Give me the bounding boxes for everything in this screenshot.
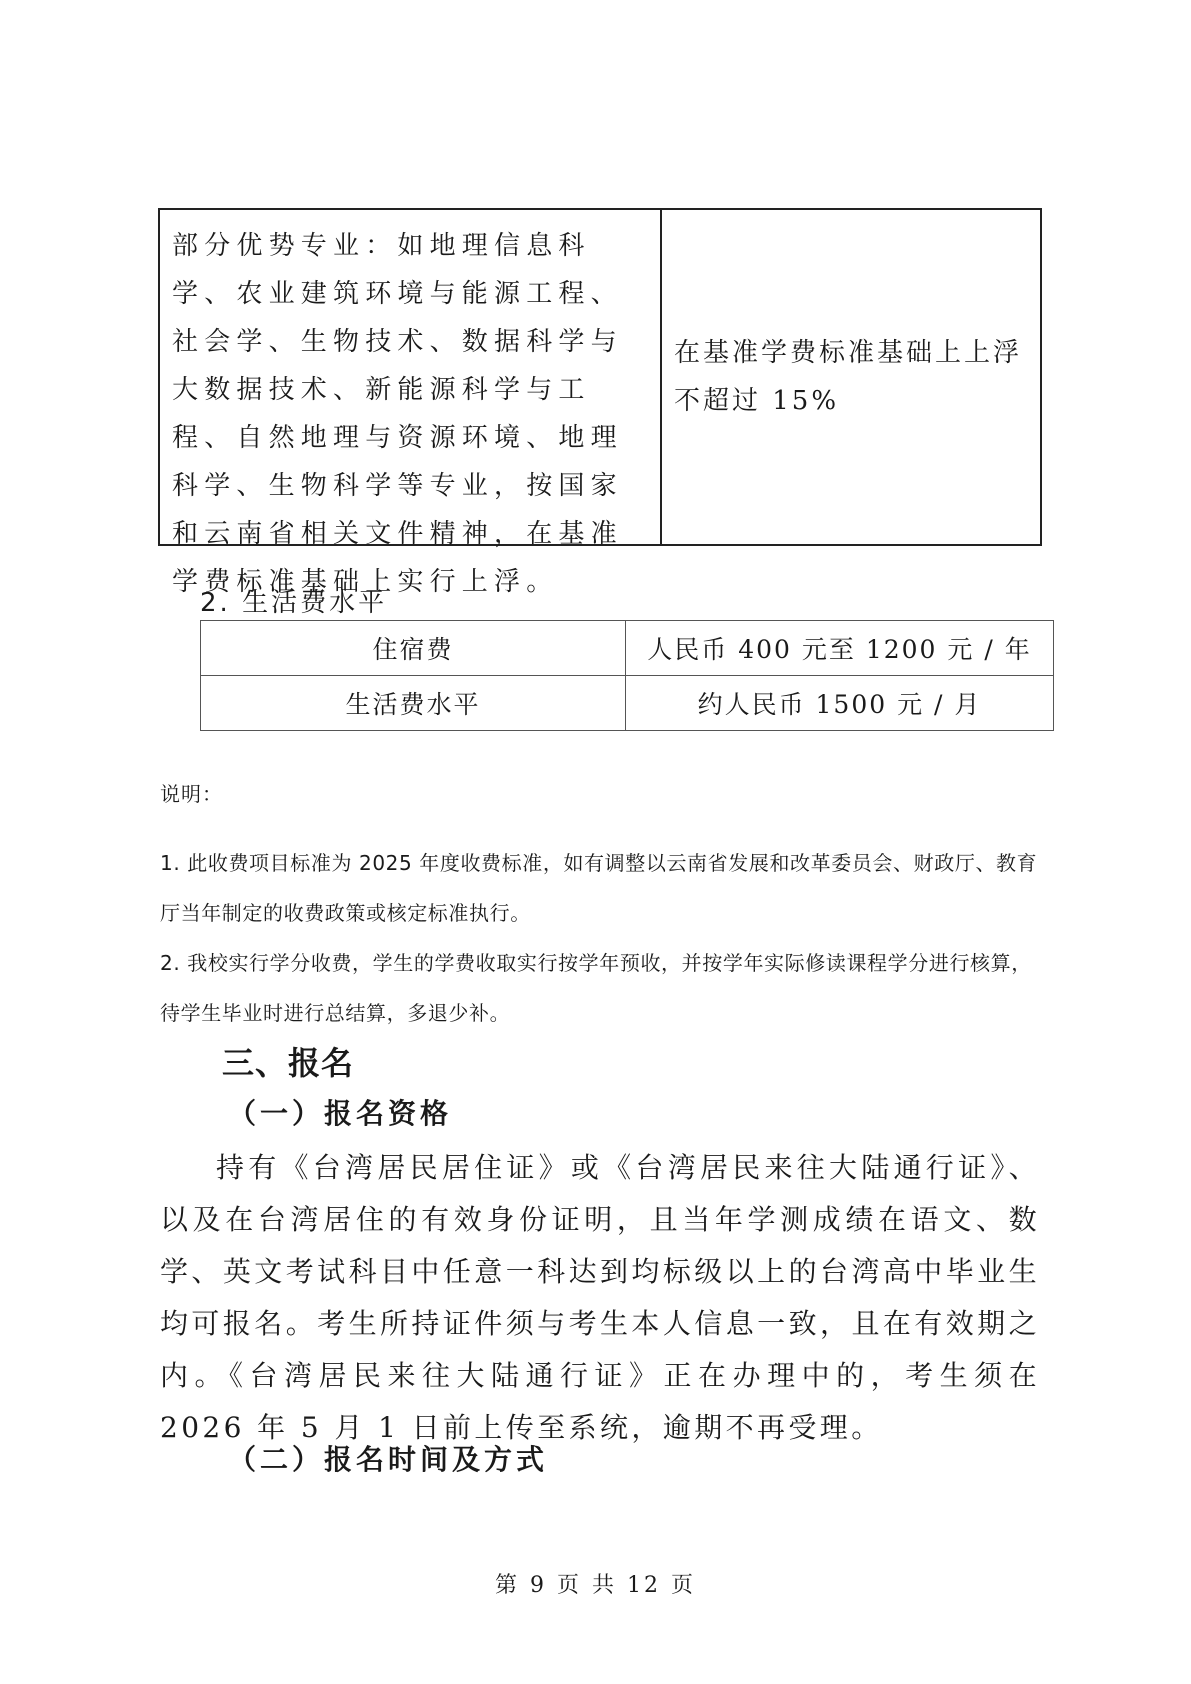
time-method-heading: （二）报名时间及方式 [228,1438,548,1478]
eligibility-paragraph: 持有《台湾居民居住证》或《台湾居民来往大陆通行证》、以及在台湾居住的有效身份证明… [160,1142,1040,1454]
living-cost-label: 生活费水平 [201,676,626,731]
note-item: 2. 我校实行学分收费，学生的学费收取实行按学年预收，并按学年实际修读课程学分进… [160,938,1040,1038]
living-cost-label: 住宿费 [201,621,626,676]
tuition-table-majors-cell: 部分优势专业：如地理信息科学、农业建筑环境与能源工程、社会学、生物技术、数据科学… [160,210,662,544]
registration-heading: 三、报名 [222,1038,354,1084]
living-cost-value: 人民币 400 元至 1200 元 / 年 [626,621,1054,676]
page-number: 第 9 页 共 12 页 [0,1568,1191,1599]
notes-label: 说明： [160,778,223,807]
table-row: 住宿费 人民币 400 元至 1200 元 / 年 [201,621,1054,676]
living-cost-value: 约人民币 1500 元 / 月 [626,676,1054,731]
living-cost-table: 住宿费 人民币 400 元至 1200 元 / 年 生活费水平 约人民币 150… [200,620,1054,731]
tuition-float-table: 部分优势专业：如地理信息科学、农业建筑环境与能源工程、社会学、生物技术、数据科学… [158,208,1042,546]
eligibility-heading: （一）报名资格 [228,1092,452,1132]
tuition-table-float-cell: 在基准学费标准基础上上浮不超过 15% [662,210,1040,544]
living-cost-section-title: 2. 生活费水平 [200,582,387,619]
table-row: 生活费水平 约人民币 1500 元 / 月 [201,676,1054,731]
tuition-float-text: 在基准学费标准基础上上浮不超过 15% [674,329,1028,425]
note-item: 1. 此收费项目标准为 2025 年度收费标准，如有调整以云南省发展和改革委员会… [160,838,1040,938]
